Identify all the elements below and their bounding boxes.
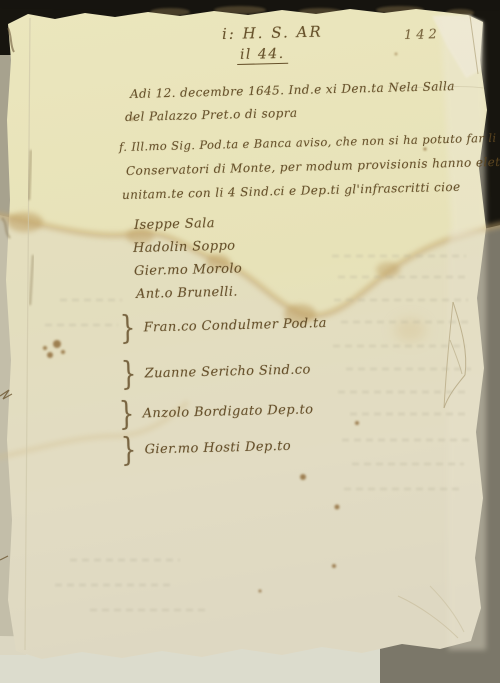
brace-mark: }	[121, 433, 137, 466]
handwriting-layer: i: H. S. AR il 44. 142 Adi 12. decembre …	[0, 0, 500, 683]
official-entry: } Anzolo Bordigato Dep.to	[119, 397, 314, 426]
official-name: Fran.co Condulmer Pod.ta	[143, 315, 326, 334]
elected-name: Hadolin Soppo	[133, 238, 236, 255]
date-line: Adi 12. decembre 1645. Ind.e xi Den.ta N…	[130, 79, 455, 101]
official-name: Zuanne Sericho Sind.co	[144, 362, 310, 381]
place-line: del Palazzo Pret.o di sopra	[125, 106, 298, 124]
brace-mark: }	[119, 397, 135, 430]
brace-mark: }	[120, 311, 136, 344]
official-name: Anzolo Bordigato Dep.to	[142, 402, 313, 421]
elected-name: Ant.o Brunelli.	[136, 285, 238, 302]
official-name: Gier.mo Hosti Dep.to	[144, 438, 291, 457]
manuscript-photo: i: H. S. AR il 44. 142 Adi 12. decembre …	[0, 0, 500, 683]
brace-mark: }	[121, 357, 137, 390]
elected-name: Iseppe Sala	[134, 216, 215, 233]
folio-number: 142	[404, 27, 441, 43]
official-entry: } Zuanne Sericho Sind.co	[121, 357, 311, 386]
invocation-heading: i: H. S. AR	[222, 23, 323, 43]
resolution-line: unitam.te con li 4 Sind.ci e Dep.ti gl'i…	[122, 180, 461, 202]
elected-name: Gier.mo Morolo	[134, 261, 243, 279]
resolution-line: f. Ill.mo Sig. Pod.ta e Banca aviso, che…	[119, 131, 497, 154]
act-number-heading: il 44.	[237, 46, 288, 65]
resolution-line: Conservatori di Monte, per modum provisi…	[126, 155, 500, 178]
official-entry: } Gier.mo Hosti Dep.to	[121, 434, 292, 462]
official-entry: } Fran.co Condulmer Pod.ta	[120, 311, 327, 340]
